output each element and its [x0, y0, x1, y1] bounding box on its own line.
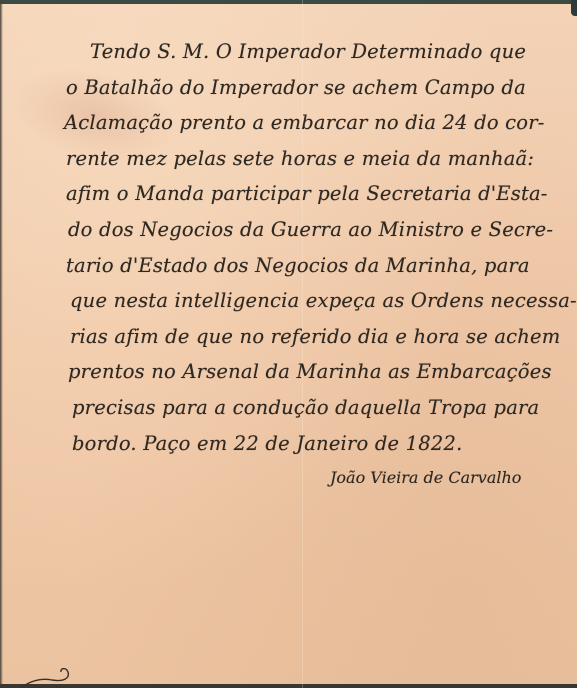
manuscript-line: Tendo S. M. O Imperador Determinado que [62, 34, 562, 70]
manuscript-line: prentos no Arsenal da Marinha as Embarca… [62, 354, 562, 390]
scan-border-top [0, 0, 577, 4]
manuscript-line: do dos Negocios da Guerra ao Ministro e … [62, 212, 562, 248]
manuscript-line: Aclamação prento a embarcar no dia 24 do… [62, 105, 562, 141]
manuscript-line: que nesta intelligencia expeça as Ordens… [62, 283, 562, 319]
manuscript-line: tario d'Estado dos Negocios da Marinha, … [62, 248, 562, 284]
signature: João Vieira de Carvalho [330, 468, 521, 487]
scan-border-bottom [0, 684, 577, 688]
manuscript-line: o Batalhão do Imperador se achem Campo d… [62, 70, 562, 106]
flourish-mark-icon [20, 666, 80, 688]
scan-border-left [0, 0, 3, 688]
manuscript-line: afim o Manda participar pela Secretaria … [62, 176, 562, 212]
manuscript-line: rente mez pelas sete horas e meia da man… [62, 141, 562, 177]
manuscript-body: Tendo S. M. O Imperador Determinado que … [62, 34, 562, 461]
manuscript-page: Tendo S. M. O Imperador Determinado que … [0, 0, 577, 688]
manuscript-line: bordo. Paço em 22 de Janeiro de 1822. [62, 426, 562, 462]
scan-border-corner [571, 0, 577, 16]
manuscript-line: precisas para a condução daquella Tropa … [62, 390, 562, 426]
manuscript-line: rias afim de que no referido dia e hora … [62, 319, 562, 355]
